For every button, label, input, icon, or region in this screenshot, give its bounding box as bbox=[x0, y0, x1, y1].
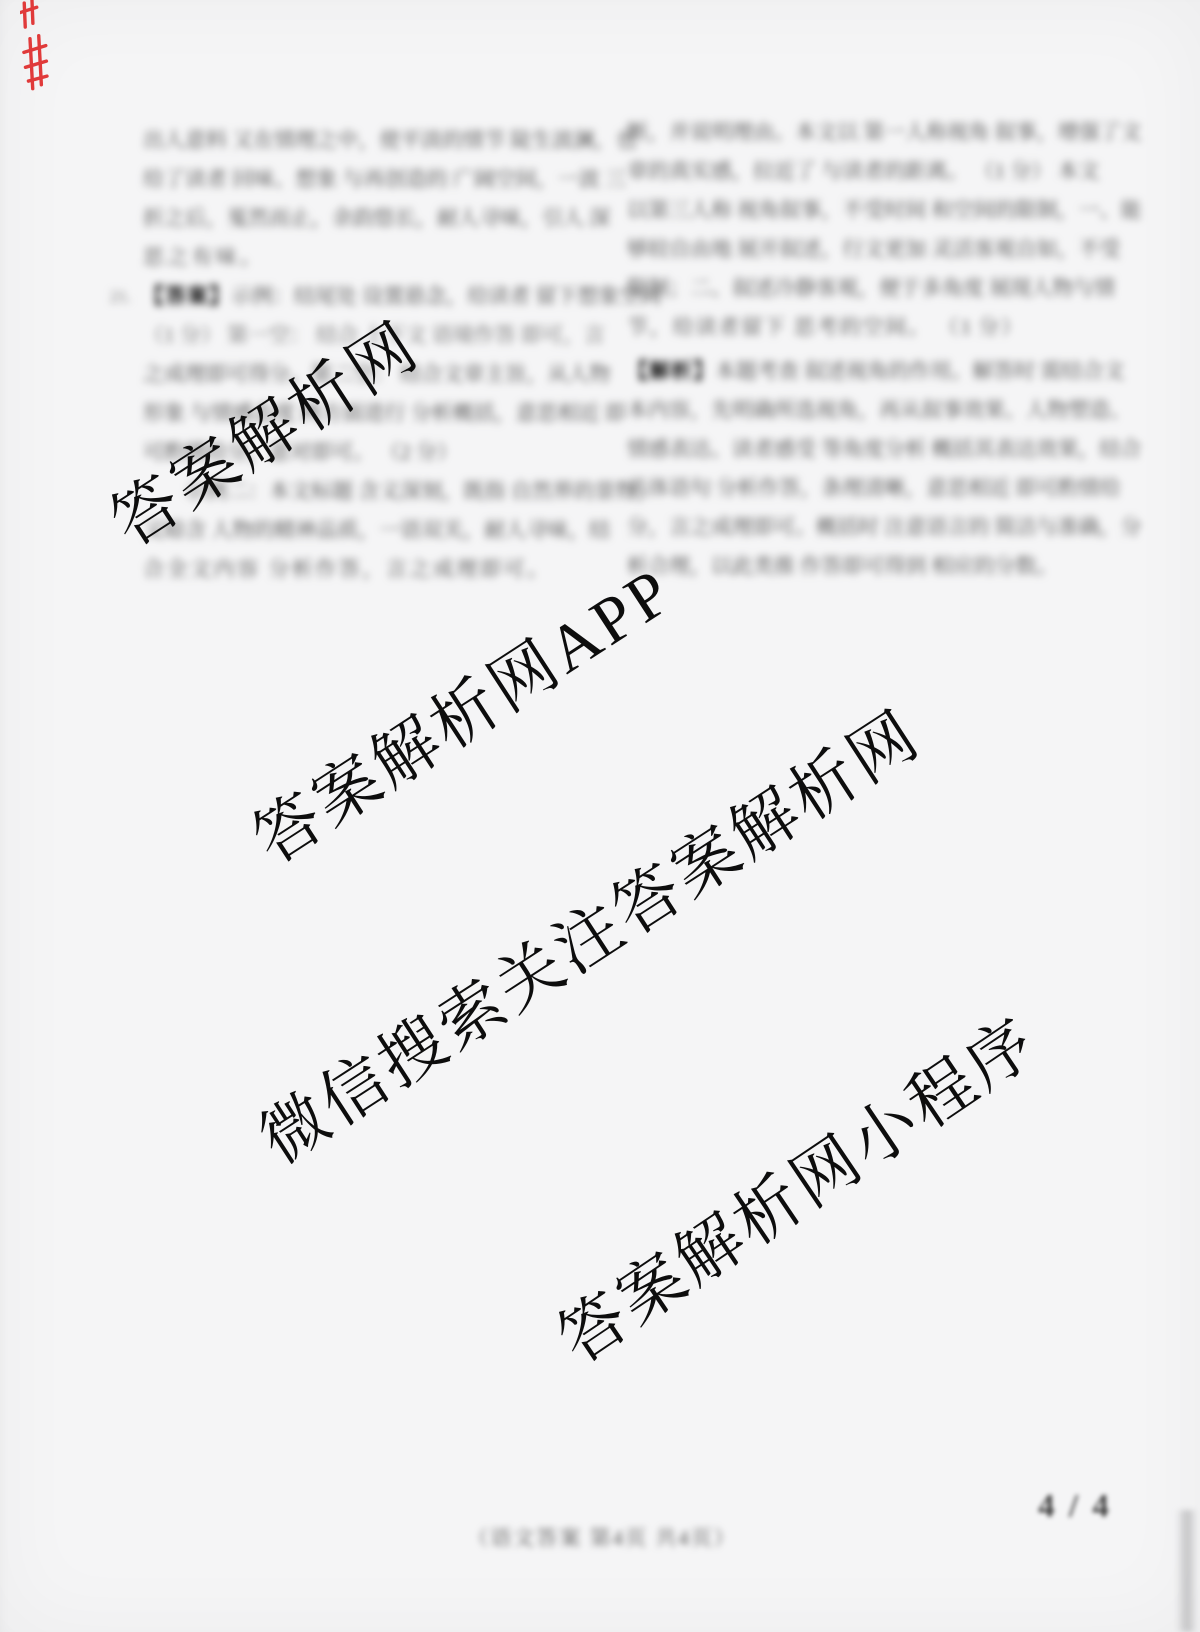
scanned-answer-page: { "page": { "background_color": "#f5f5f6… bbox=[0, 0, 1200, 1632]
blurred-text-line: 给了读者 回味、想象 与再创造的 广阔空间，一波 三 bbox=[143, 160, 557, 199]
blurred-text-line: 情感表达、读者感受 等角度分析 概括其表达效果，结合 bbox=[627, 430, 1087, 469]
blurred-text-line: 折之后，戛然而止，余韵悠长，耐人寻味，引人 深 bbox=[143, 199, 557, 238]
right-text-column: 断，并说明理由。本文以 第一人称视角 叙事，增强了文 章的真实感，拉近了 与读者… bbox=[627, 113, 1087, 586]
watermark-mini-program: 答案解析网小程序 bbox=[536, 989, 1053, 1381]
analysis-label: 【解析】 bbox=[627, 359, 715, 383]
blurred-text-line: 限制；二、叙述冷静客观，便于多角度 展现人物与情 bbox=[627, 269, 1087, 308]
blurred-text-line: 节，给读者留下 思考的空间。 （1 分） bbox=[627, 308, 1022, 347]
blurred-text-line: 章的真实感，拉近了 与读者的距离。 （1 分） 本文 bbox=[627, 152, 1087, 191]
scan-edge-shadow bbox=[1176, 1510, 1196, 1632]
blurred-text-line: 够较自由地 展开叙述，行文更加 灵活客观自如，不受 bbox=[627, 230, 1087, 269]
page-number: 4 / 4 bbox=[1038, 1489, 1112, 1526]
answer-label: 【答案】 bbox=[143, 284, 231, 308]
blurred-answer-line: 21.【答案】示例：结尾处 设置悬念，给读者 留下想象空间 bbox=[143, 277, 557, 316]
item-number: 21. bbox=[110, 277, 131, 316]
blurred-text-line: 思之有味。 bbox=[143, 238, 261, 277]
blurred-analysis-line: 【解析】本题考查 叙述视角的作用。解答时 需结合文 bbox=[627, 352, 1087, 391]
red-pen-marks bbox=[20, 0, 54, 96]
blurred-text-line: 以第三人称 视角叙事，不受时间 和空间的限制，一、能 bbox=[627, 191, 1087, 230]
watermark-daanjiexiwang-app: 答案解析网APP bbox=[232, 539, 689, 882]
blurred-text-line: 具体语句 分析作答，条理清晰，意思相近 即可酌情给 bbox=[627, 469, 1087, 508]
footer-caption: （语文答案 第4页 共4页） bbox=[467, 1522, 737, 1552]
blurred-text-line: 析合理，以此类推 作答即可得到 相应的分数。 bbox=[627, 547, 1025, 586]
blurred-text-line: 出人意料 又在情理之中，使平淡的情节 陡生波澜，也 bbox=[143, 121, 557, 160]
blurred-text-line: 断，并说明理由。本文以 第一人称视角 叙事，增强了文 bbox=[627, 113, 1087, 152]
blurred-text-line: 合全文内容 分析作答，言之成理即可。 bbox=[143, 550, 548, 589]
blurred-text-line: 本内容，先明确所选视角，再从叙事效果、人物塑造、 bbox=[627, 391, 1087, 430]
blurred-text-line: 分，言之成理即可。概括时 注意语言的 简洁与准确，分 bbox=[627, 508, 1087, 547]
